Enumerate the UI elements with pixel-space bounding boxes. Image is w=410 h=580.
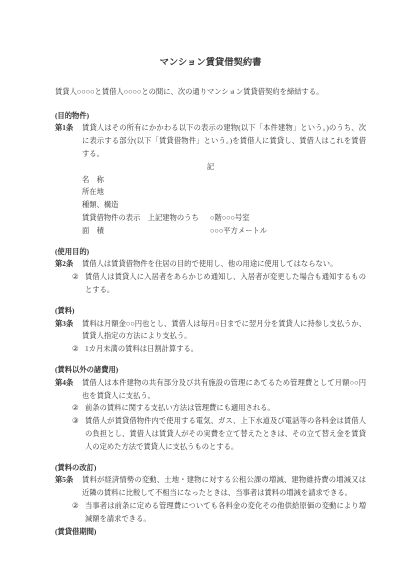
record-value <box>210 199 366 212</box>
record-value <box>210 174 366 187</box>
section-purpose-property: (目的物件) 第1条 賃貸人はその所有にかかわる以下の表示の建物(以下「本件建物… <box>55 110 366 238</box>
article-text: 賃貸人はその所有にかかわる以下の表示の建物(以下「本件建物」という。)のうち、次… <box>82 122 366 160</box>
article-1: 第1条 賃貸人はその所有にかかわる以下の表示の建物(以下「本件建物」という。)の… <box>55 122 366 160</box>
clause: ② 前条の賃料に関する支払い方法は管理費にも適用される。 <box>55 402 366 415</box>
section-rent: (賃料) 第3条 賃料は月額金○○円也とし、賃借人は毎月○日までに翌月分を賃貸人… <box>55 305 366 356</box>
clause-number: ② <box>72 500 85 526</box>
article-number: 第4条 <box>55 377 82 403</box>
clause: ② 1カ月未満の賃料は日割計算する。 <box>55 343 366 356</box>
article-number: 第3条 <box>55 318 82 344</box>
article-number: 第1条 <box>55 122 82 160</box>
doc-title: マンション賃貸借契約書 <box>55 57 366 70</box>
record-label: 名 称 <box>82 174 210 187</box>
record-row-name: 名 称 <box>82 174 366 187</box>
record-row-location: 所在地 <box>82 186 366 199</box>
section-lease-term: (賃貸借期間) <box>55 526 366 539</box>
record-value: ○階○○○号室 <box>210 212 366 225</box>
article-text: 賃料は月額金○○円也とし、賃借人は毎月○日までに翌月分を賃貸人に持参し支払うか、… <box>82 318 366 344</box>
article-2: 第2条 賃借人は賃貸借物件を住居の目的で使用し、他の用途に使用してはならない。 <box>55 258 366 271</box>
clause-number: ② <box>72 271 85 297</box>
record-row-area: 面 積 ○○○平方メートル <box>82 225 366 238</box>
record-label: 賃貸借物件の表示 上記建物のうち <box>82 212 210 225</box>
clause: ③ 賃借人が賃貸借物件内で使用する電気、ガス、上下水道及び電話等の各料金は賃借人… <box>55 415 366 453</box>
section-other-expenses: (賃料以外の諸費用) 第4条 賃借人は本件建物の共有部分及び共有施設の管理にあて… <box>55 364 366 454</box>
section-heading: (使用目的) <box>55 246 366 259</box>
clause-text: 賃借人は賃貸人に入居者をあらかじめ通知し、入居者が変更した場合も通知するものとす… <box>85 271 366 297</box>
record-row-unit: 賃貸借物件の表示 上記建物のうち ○階○○○号室 <box>82 212 366 225</box>
section-heading: (賃料の改訂) <box>55 462 366 475</box>
intro-paragraph: 賃貸人○○○○と賃借人○○○○との間に、次の通りマンション賃貸借契約を締結する。 <box>55 86 366 99</box>
article-5: 第5条 賃料が経済情勢の変動、土地・建物に対する公租公課の増減、建物維持費の増減… <box>55 474 366 500</box>
clause-text: 前条の賃料に関する支払い方法は管理費にも適用される。 <box>85 402 366 415</box>
clause: ② 賃借人は賃貸人に入居者をあらかじめ通知し、入居者が変更した場合も通知するもの… <box>55 271 366 297</box>
clause-number: ③ <box>72 415 85 453</box>
clause-number: ② <box>72 402 85 415</box>
article-4: 第4条 賃借人は本件建物の共有部分及び共有施設の管理にあてるため管理費として月額… <box>55 377 366 403</box>
section-heading: (目的物件) <box>55 110 366 123</box>
clause-text: 当事者は前条に定める管理費についても各料金の変化その他供給原価の変動により増減額… <box>85 500 366 526</box>
record-label: 面 積 <box>82 225 210 238</box>
section-heading: (賃料) <box>55 305 366 318</box>
clause: ② 当事者は前条に定める管理費についても各料金の変化その他供給原価の変動により増… <box>55 500 366 526</box>
property-record: 名 称 所在地 種類、構造 賃貸借物件の表示 上記建物のうち ○階○○○号室 面… <box>55 174 366 238</box>
section-heading: (賃貸借期間) <box>55 526 366 539</box>
record-marker: 記 <box>55 161 366 174</box>
record-label: 種類、構造 <box>82 199 210 212</box>
record-label: 所在地 <box>82 186 210 199</box>
clause-text: 賃借人が賃貸借物件内で使用する電気、ガス、上下水道及び電話等の各料金は賃借人の負… <box>85 415 366 453</box>
article-text: 賃借人は賃貸借物件を住居の目的で使用し、他の用途に使用してはならない。 <box>82 258 366 271</box>
clause-text: 1カ月未満の賃料は日割計算する。 <box>85 343 366 356</box>
record-value: ○○○平方メートル <box>210 225 366 238</box>
article-number: 第2条 <box>55 258 82 271</box>
section-usage-purpose: (使用目的) 第2条 賃借人は賃貸借物件を住居の目的で使用し、他の用途に使用して… <box>55 246 366 297</box>
article-3: 第3条 賃料は月額金○○円也とし、賃借人は毎月○日までに翌月分を賃貸人に持参し支… <box>55 318 366 344</box>
record-row-type-structure: 種類、構造 <box>82 199 366 212</box>
article-text: 賃借人は本件建物の共有部分及び共有施設の管理にあてるため管理費として月額○○円也… <box>82 377 366 403</box>
contract-page: マンション賃貸借契約書 賃貸人○○○○と賃借人○○○○との間に、次の通りマンショ… <box>0 0 410 580</box>
article-number: 第5条 <box>55 474 82 500</box>
record-value <box>210 186 366 199</box>
section-heading: (賃料以外の諸費用) <box>55 364 366 377</box>
article-text: 賃料が経済情勢の変動、土地・建物に対する公租公課の増減、建物維持費の増減又は近隣… <box>82 474 366 500</box>
clause-number: ② <box>72 343 85 356</box>
section-rent-revision: (賃料の改訂) 第5条 賃料が経済情勢の変動、土地・建物に対する公租公課の増減、… <box>55 462 366 526</box>
